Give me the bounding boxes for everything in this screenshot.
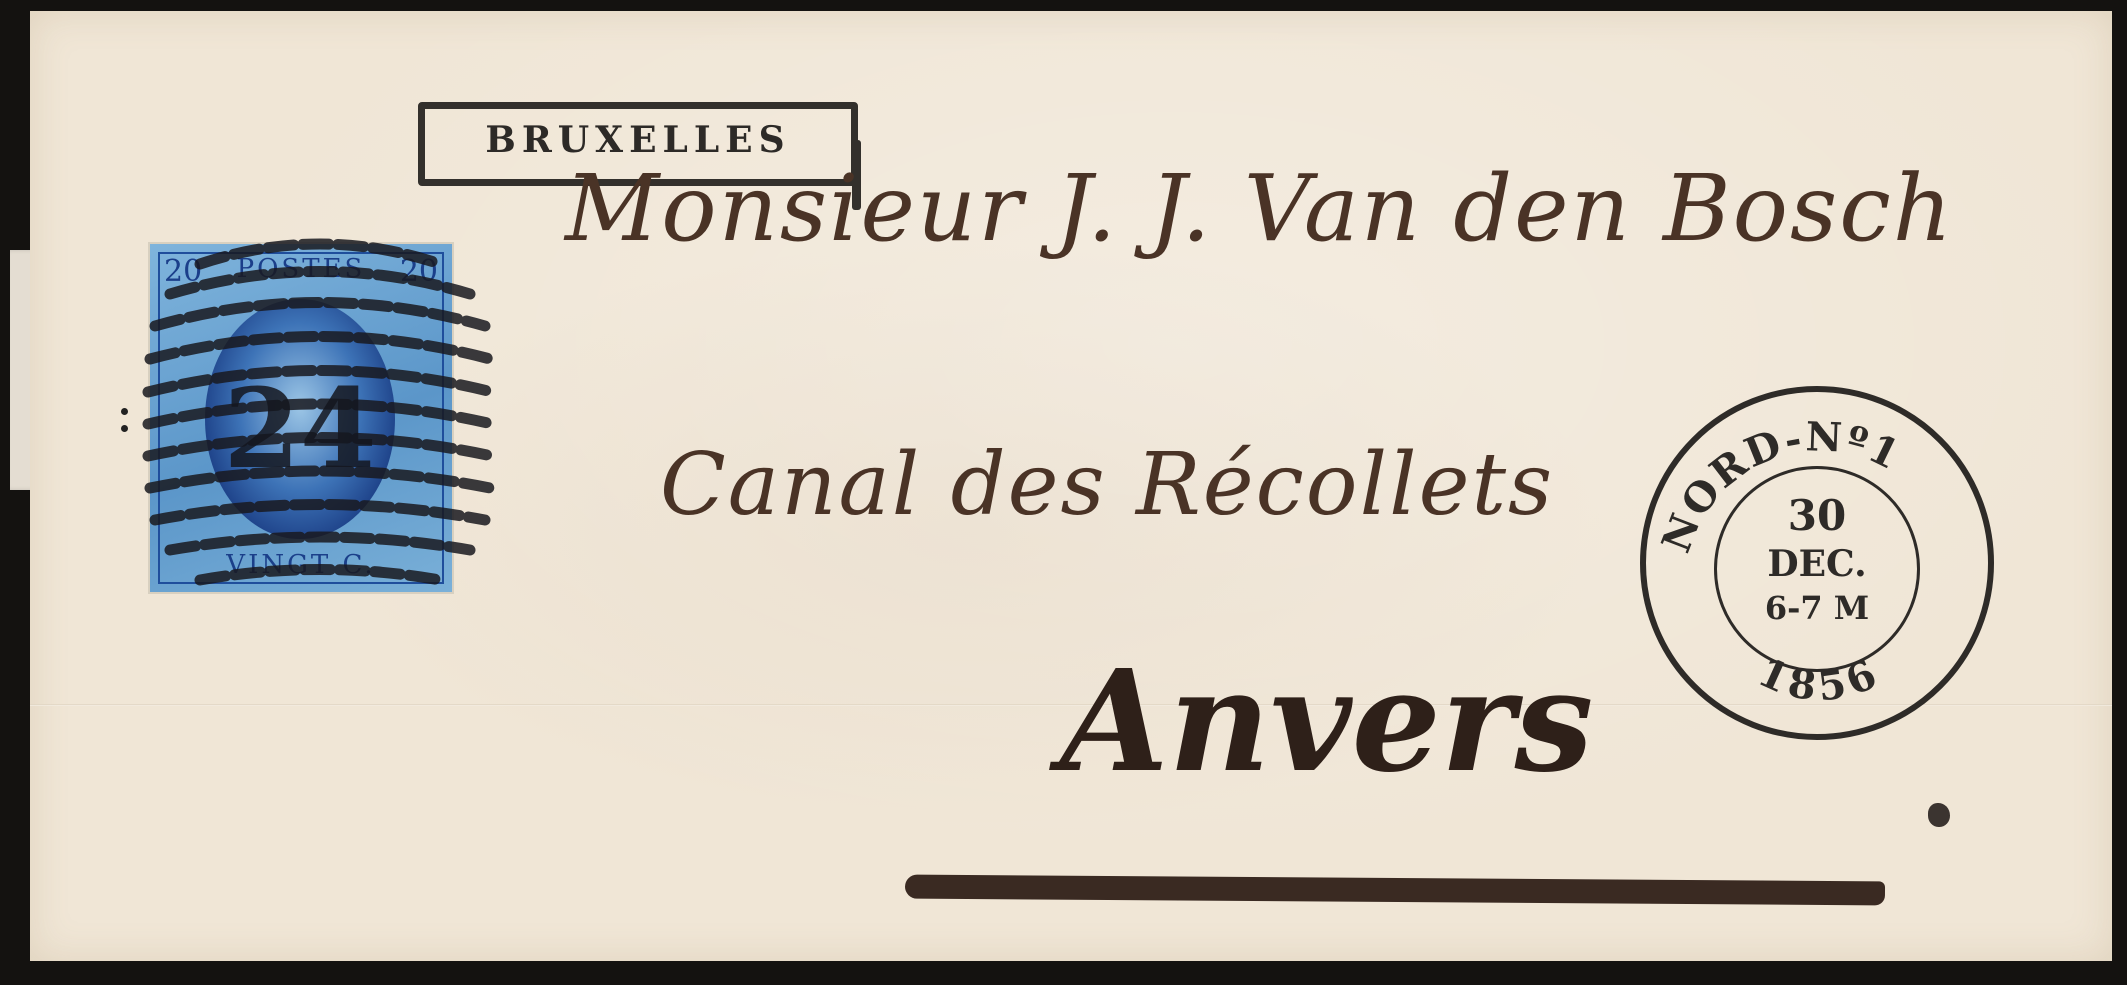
margin-dot bbox=[121, 425, 128, 432]
address-city: Anvers bbox=[1060, 640, 1593, 804]
postmark-month: DEC. bbox=[1717, 543, 1917, 585]
margin-dots bbox=[121, 408, 128, 442]
postmark-inner-ring: 30 DEC. 6-7 M bbox=[1714, 466, 1920, 672]
address-line-2: Canal des Récollets bbox=[660, 435, 1554, 535]
postmark-day: 30 bbox=[1717, 491, 1917, 540]
ink-blot bbox=[1928, 803, 1950, 827]
margin-dot bbox=[121, 408, 128, 415]
postage-stamp: 20 20 POSTES VINGT C. 24 bbox=[150, 244, 452, 592]
address-line-1: Monsieur J. J. Van den Bosch bbox=[565, 155, 1954, 262]
postmark-time: 6-7 M bbox=[1717, 589, 1917, 627]
circular-postmark: NORD-Nº1 1856 30 DEC. 6-7 M bbox=[1640, 386, 1994, 740]
numeral-cancel: 24 bbox=[220, 364, 380, 493]
